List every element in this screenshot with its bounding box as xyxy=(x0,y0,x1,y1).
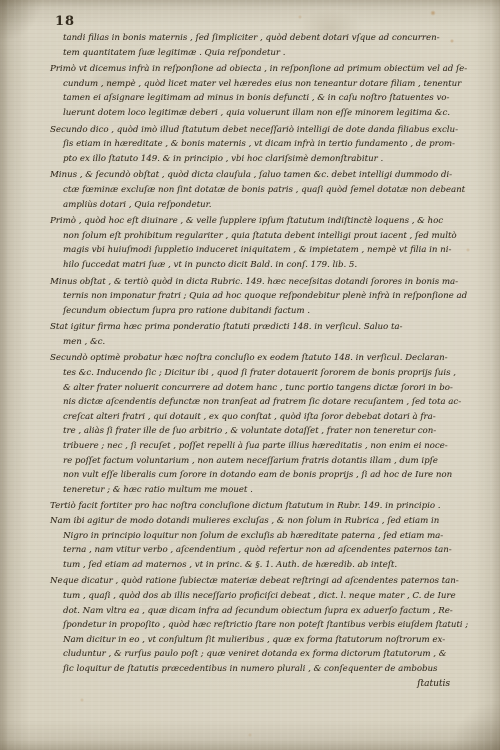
text-line: & alter frater noluerit concurrere ad do… xyxy=(50,381,456,396)
text-line: Nigro in principio loquitur non ſolum de… xyxy=(50,529,456,544)
text-line: tandi filias in bonis maternis , ſed ſim… xyxy=(50,31,456,46)
text-block: tandi filias in bonis maternis , ſed ſim… xyxy=(50,31,456,679)
text-line: tem quantitatem ſuæ legitimæ . Quia reſp… xyxy=(50,46,456,61)
catchword: ſtatutis xyxy=(417,679,450,689)
paragraph: Stat igitur firma hæc prima ponderatio ſ… xyxy=(50,320,456,349)
text-line: ſpondetur in propoſito , quòd hæc reſtri… xyxy=(50,618,456,633)
text-line: ſis etiam in hæreditate , & bonis matern… xyxy=(50,137,456,152)
text-line: pto ex illo ſtatuto 149. & in principio … xyxy=(50,152,456,167)
page-number: 18 xyxy=(55,15,75,28)
text-line: Nam dicitur in eo , vt conſultum ſit mul… xyxy=(50,633,456,648)
text-line: cluduntur , & rurſus paulo poſt ; quæ ve… xyxy=(50,647,456,662)
paragraph: Tertiò facit fortiter pro hac noſtra con… xyxy=(50,499,456,572)
text-line: non vult eſſe liberalis cum ſorore in do… xyxy=(50,468,456,483)
text-line: tribuere ; nec , ſi recuſet , poſſet rep… xyxy=(50,439,456,454)
text-line: ſic loquitur de ſtatutis præcedentibus i… xyxy=(50,662,456,677)
text-line: tamen ei aſsignare legitimam ad minus in… xyxy=(50,91,456,106)
text-line: tes &c. Inducendo ſic ; Dicitur ibi , qu… xyxy=(50,366,456,381)
text-line: magis vbi huiuſmodi ſuppletio induceret … xyxy=(50,243,456,258)
paragraph: Secundò optimè probatur hæc noſtra concl… xyxy=(50,351,456,497)
text-line: Secundo dico , quòd imò illud ſtatutum d… xyxy=(50,123,456,138)
paragraph: Secundo dico , quòd imò illud ſtatutum d… xyxy=(50,123,456,167)
paragraph: tandi filias in bonis maternis , ſed ſim… xyxy=(50,31,456,60)
text-line: tre , aliàs ſi frater ille de ſuo arbitr… xyxy=(50,424,456,439)
text-line: Primò , quòd hoc eſt diuinare , & velle … xyxy=(50,214,456,229)
text-line: ctæ fœminæ excluſæ non ſint dotatæ de bo… xyxy=(50,183,456,198)
text-line: teneretur ; & hæc ratio multum me mouet … xyxy=(50,483,456,498)
text-line: terna , nam vtitur verbo , aſcendentium … xyxy=(50,543,456,558)
text-line: Secundò optimè probatur hæc noſtra concl… xyxy=(50,351,456,366)
scanned-book-page: 18 tandi filias in bonis maternis , ſed … xyxy=(0,0,500,750)
text-line: luerunt dotem loco legitimæ deberi , qui… xyxy=(50,106,456,121)
text-line: creſcat alteri fratri , qui dotauit , ex… xyxy=(50,410,456,425)
text-line: ternis non imponatur fratri ; Quia ad ho… xyxy=(50,289,456,304)
text-line: tum , ſed etiam ad maternos , vt in prin… xyxy=(50,558,456,573)
text-line: ampliùs dotari , Quia reſpondetur. xyxy=(50,198,456,213)
text-line: Primò vt dicemus infrà in reſponſione ad… xyxy=(50,62,456,77)
text-line: tum , quaſi , quòd dos ab illis neceſſar… xyxy=(50,589,456,604)
text-line: cundum , nempè , quòd licet mater vel hæ… xyxy=(50,77,456,92)
text-line: hilo ſuccedat matri ſuæ , vt in puncto d… xyxy=(50,258,456,273)
paragraph: Minus obſtat , & tertiò quòd in dicta Ru… xyxy=(50,275,456,319)
paragraph: Primò , quòd hoc eſt diuinare , & velle … xyxy=(50,214,456,272)
text-line: nis dictæ aſcendentis defunctæ non tranſ… xyxy=(50,395,456,410)
text-line: Neque dicatur , quòd ratione ſubiectæ ma… xyxy=(50,574,456,589)
paragraph: Neque dicatur , quòd ratione ſubiectæ ma… xyxy=(50,574,456,676)
text-line: Minus obſtat , & tertiò quòd in dicta Ru… xyxy=(50,275,456,290)
text-line: re poſſet factum voluntarium , non autem… xyxy=(50,454,456,469)
text-line: dot. Nam vltra ea , quæ dicam infra ad ſ… xyxy=(50,604,456,619)
paragraph: Primò vt dicemus infrà in reſponſione ad… xyxy=(50,62,456,120)
text-line: Minus , & ſecundò obſtat , quòd dicta cl… xyxy=(50,168,456,183)
text-line: men , &c. xyxy=(50,335,456,350)
paragraph: Minus , & ſecundò obſtat , quòd dicta cl… xyxy=(50,168,456,212)
text-line: Tertiò facit fortiter pro hac noſtra con… xyxy=(50,499,456,514)
text-line: Nam ibi agitur de modo dotandi mulieres … xyxy=(50,514,456,529)
text-line: non ſolum eſt prohibitum regulariter , q… xyxy=(50,229,456,244)
text-line: ſecundum obiectum ſupra pro ratione dubi… xyxy=(50,304,456,319)
text-line: Stat igitur firma hæc prima ponderatio ſ… xyxy=(50,320,456,335)
